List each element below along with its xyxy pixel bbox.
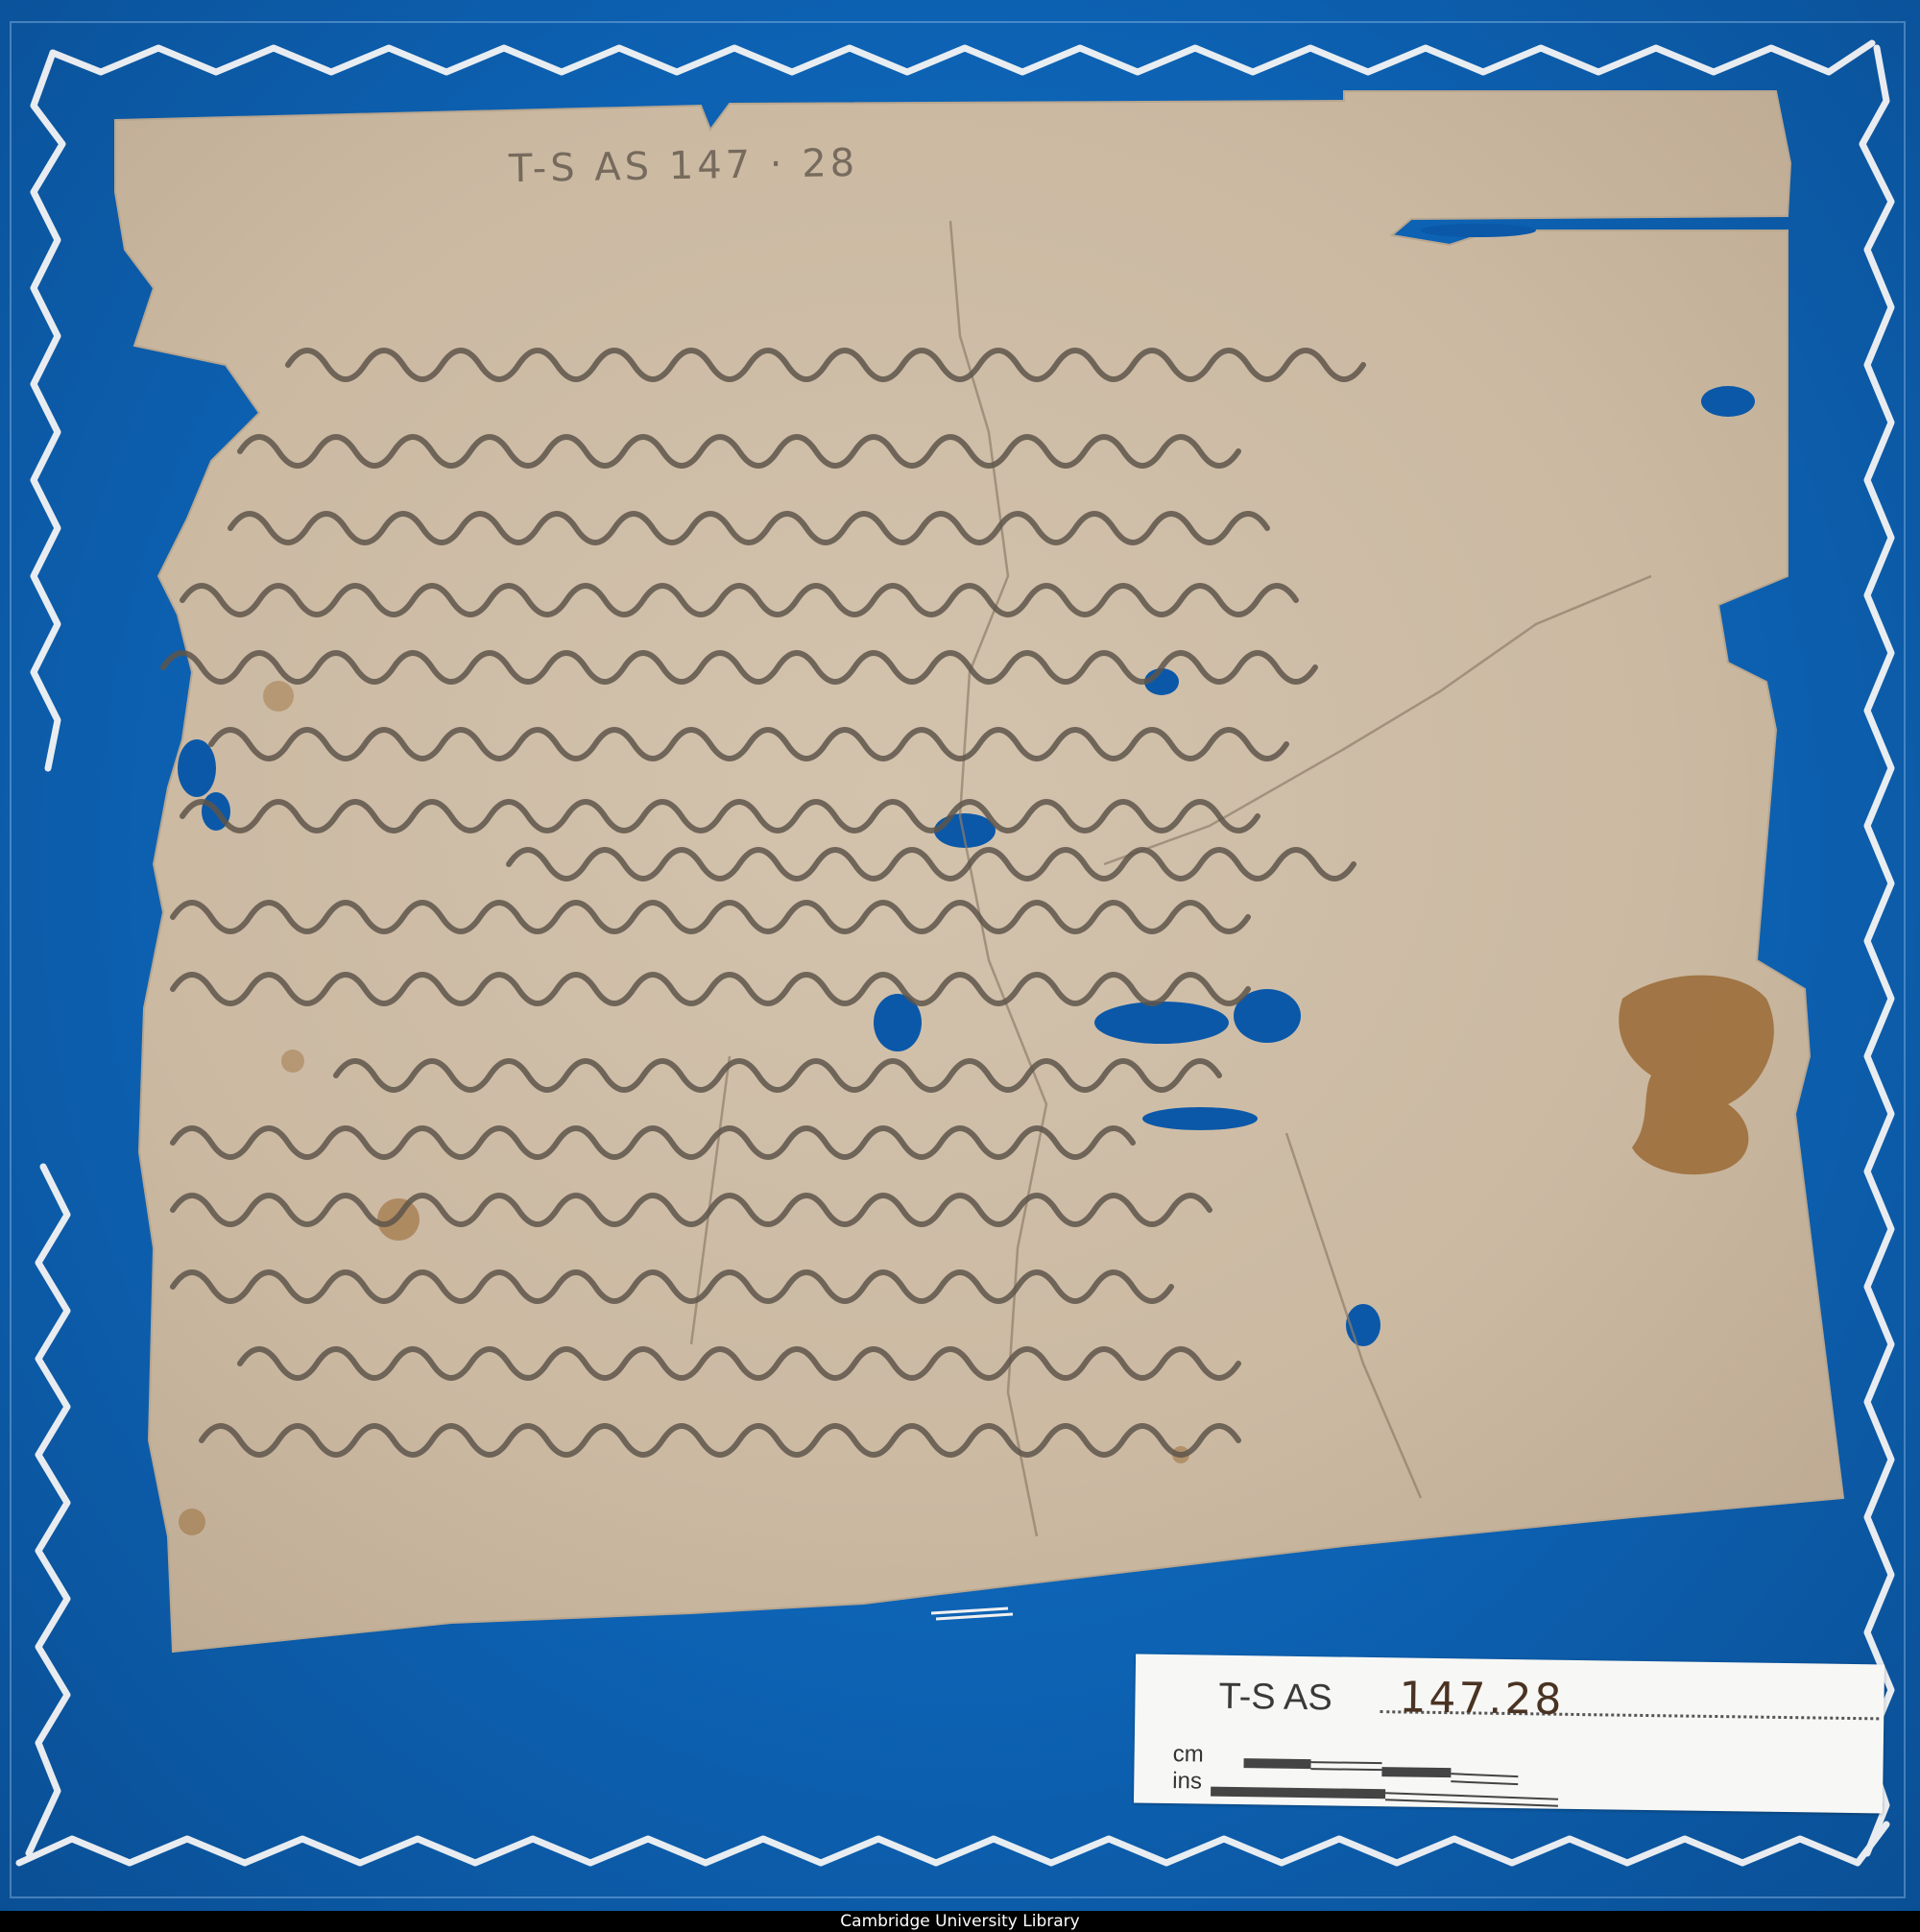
pencil-shelfmark: T-S AS 147 · 28 — [509, 141, 859, 191]
footer-credit: Cambridge University Library — [0, 1911, 1920, 1932]
paper-outline — [115, 91, 1843, 1652]
scale-bars — [1134, 1654, 1884, 1814]
blue-mount-background: T-S AS 147 · 28 T-S AS 147.28 cm ins — [0, 0, 1920, 1911]
loose-thread — [931, 1608, 1013, 1619]
shelfmark-label-card: T-S AS 147.28 cm ins — [1134, 1654, 1884, 1814]
manuscript-fragment — [0, 0, 1920, 1911]
